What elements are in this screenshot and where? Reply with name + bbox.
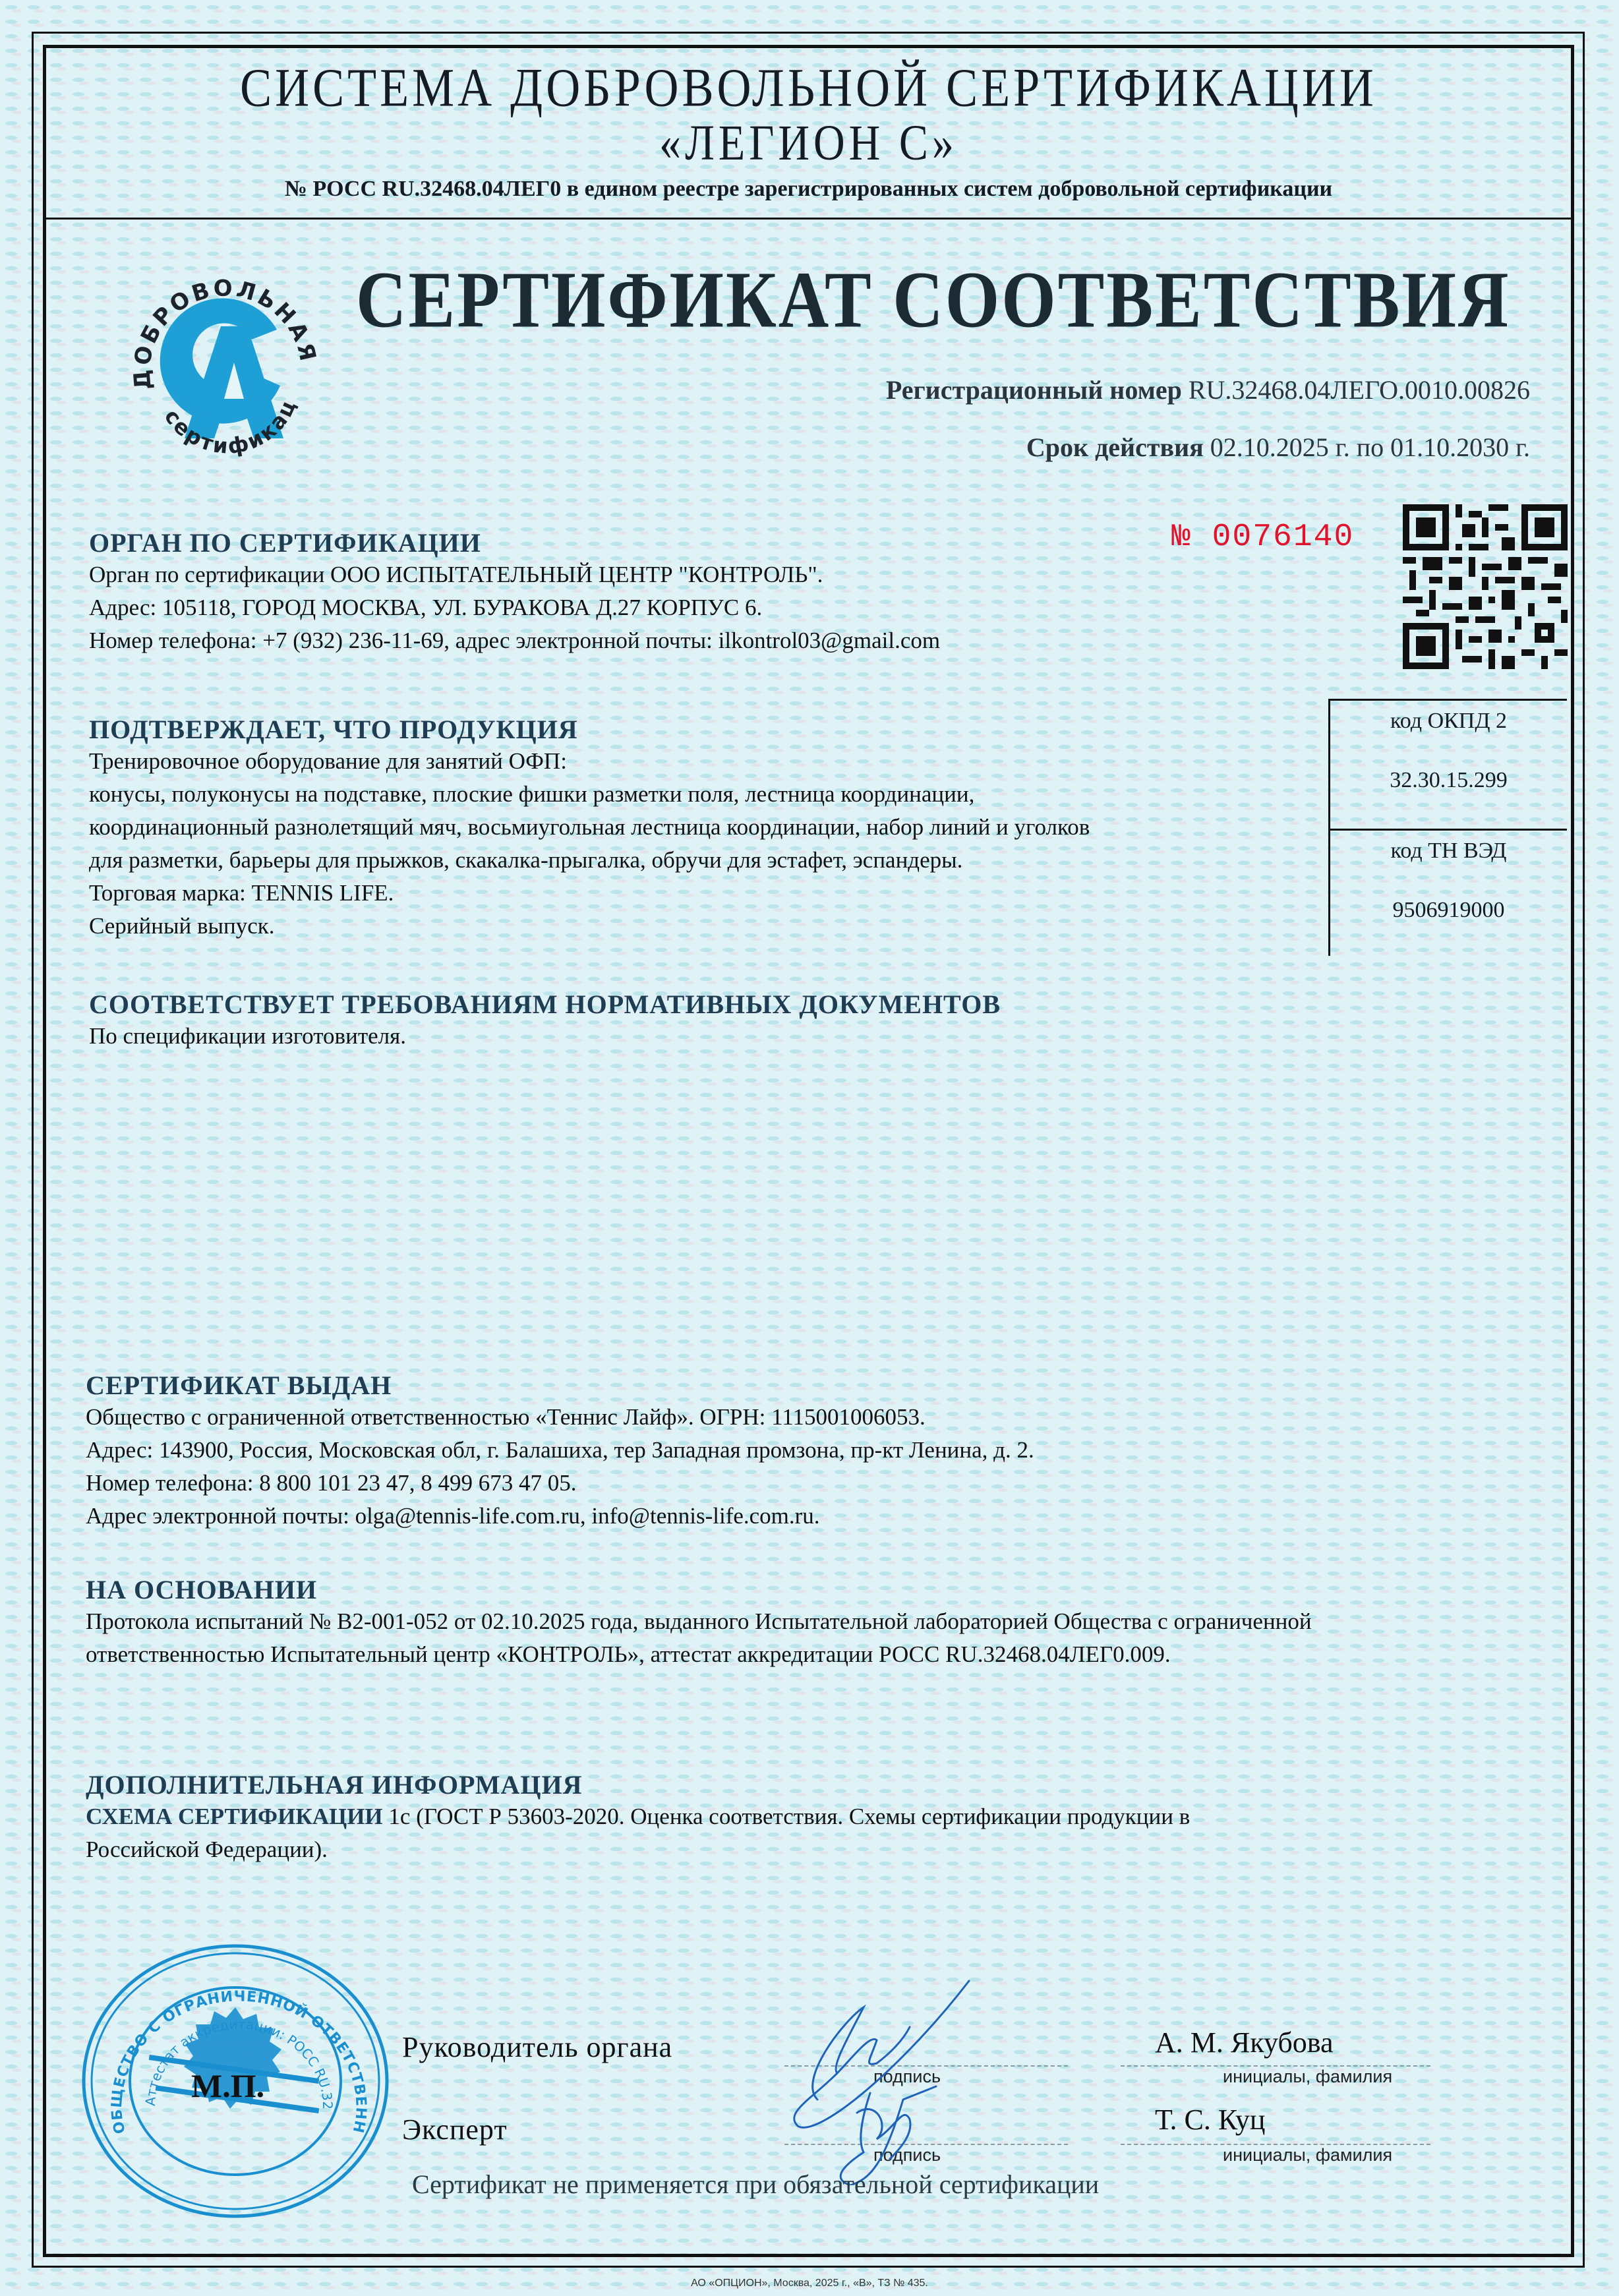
- product-line: для разметки, барьеры для прыжков, скака…: [89, 844, 1328, 877]
- disclaimer-text: Сертификат не применяется при обязательн…: [412, 2169, 1099, 2200]
- section-heading: СЕРТИФИКАТ ВЫДАН: [86, 1370, 1338, 1401]
- tnved-cell: код ТН ВЭД 9506919000: [1330, 829, 1567, 957]
- product-codes-box: код ОКПД 2 32.30.15.299 код ТН ВЭД 95069…: [1328, 699, 1567, 956]
- printer-imprint: АО «ОПЦИОН», Москва, 2025 г., «В», ТЗ № …: [0, 2278, 1619, 2289]
- certificate-title: СЕРТИФИКАТ СООТВЕТСТВИЯ: [356, 254, 1510, 346]
- section-heading: ПОДТВЕРЖДАЕТ, ЧТО ПРОДУКЦИЯ: [89, 714, 1328, 745]
- registration-number: RU.32468.04ЛЕГО.0010.00826: [1189, 375, 1530, 405]
- name-caption: инициалы, фамилия: [1223, 2067, 1392, 2087]
- okpd-cell: код ОКПД 2 32.30.15.299: [1330, 701, 1567, 829]
- stamp-place-label: М.П.: [191, 2067, 264, 2105]
- validity-period: 02.10.2025 г. по 01.10.2030 г.: [1210, 432, 1530, 462]
- validity-line: Срок действия 02.10.2025 г. по 01.10.203…: [1026, 432, 1530, 463]
- norms-section: СООТВЕТСТВУЕТ ТРЕБОВАНИЯМ НОРМАТИВНЫХ ДО…: [89, 989, 1328, 1053]
- organ-address: Адрес: 105118, ГОРОД МОСКВА, УЛ. БУРАКОВ…: [89, 591, 1157, 624]
- applicant-email: Адрес электронной почты: olga@tennis-lif…: [86, 1500, 1338, 1533]
- qr-code-icon[interactable]: [1403, 504, 1568, 669]
- registry-line: № РОСС RU.32468.04ЛЕГ0 в едином реестре …: [43, 177, 1574, 202]
- production-type: Серийный выпуск.: [89, 910, 1328, 943]
- tnved-label: код ТН ВЭД: [1330, 831, 1567, 864]
- scheme-label: СХЕМА СЕРТИФИКАЦИИ: [86, 1804, 383, 1829]
- basis-line: ответственностью Испытательный центр «КО…: [86, 1638, 1549, 1671]
- scheme-text: 1с (ГОСТ Р 53603-2020. Оценка соответств…: [383, 1804, 1191, 1829]
- certification-body-section: ОРГАН ПО СЕРТИФИКАЦИИ Орган по сертифика…: [89, 527, 1157, 657]
- name-caption: инициалы, фамилия: [1223, 2145, 1392, 2165]
- product-line: координационный разнолетящий мяч, восьми…: [89, 811, 1328, 844]
- registration-number-line: Регистрационный номер RU.32468.04ЛЕГО.00…: [886, 374, 1530, 405]
- head-role-label: Руководитель органа: [402, 2030, 672, 2064]
- applicant-address: Адрес: 143900, Россия, Московская обл, г…: [86, 1434, 1338, 1467]
- voluntary-certification-logo-icon: ДОБРОВОЛЬНАЯ сертификация: [112, 247, 336, 471]
- expert-role-label: Эксперт: [402, 2113, 508, 2146]
- system-title: СИСТЕМА ДОБРОВОЛЬНОЙ СЕРТИФИКАЦИИ: [43, 57, 1574, 119]
- head-name: А. М. Якубова: [1155, 2026, 1334, 2059]
- handwritten-signatures-icon: [771, 1968, 1009, 2185]
- issued-to-section: СЕРТИФИКАТ ВЫДАН Общество с ограниченной…: [86, 1370, 1338, 1533]
- section-heading: ОРГАН ПО СЕРТИФИКАЦИИ: [89, 527, 1157, 558]
- scheme-line: СХЕМА СЕРТИФИКАЦИИ 1с (ГОСТ Р 53603-2020…: [86, 1800, 1503, 1833]
- registration-label: Регистрационный номер: [886, 375, 1182, 405]
- section-heading: СООТВЕТСТВУЕТ ТРЕБОВАНИЯМ НОРМАТИВНЫХ ДО…: [89, 989, 1328, 1020]
- scheme-line-cont: Российской Федерации).: [86, 1833, 1503, 1866]
- product-section: ПОДТВЕРЖДАЕТ, ЧТО ПРОДУКЦИЯ Тренировочно…: [89, 714, 1328, 943]
- applicant-phone: Номер телефона: 8 800 101 23 47, 8 499 6…: [86, 1467, 1338, 1500]
- norms-text: По спецификации изготовителя.: [89, 1020, 1328, 1053]
- section-heading: ДОПОЛНИТЕЛЬНАЯ ИНФОРМАЦИЯ: [86, 1769, 1503, 1800]
- trademark-line: Торговая марка: TENNIS LIFE.: [89, 877, 1328, 910]
- additional-info-section: ДОПОЛНИТЕЛЬНАЯ ИНФОРМАЦИЯ СХЕМА СЕРТИФИК…: [86, 1769, 1503, 1866]
- okpd-value: 32.30.15.299: [1330, 734, 1567, 793]
- organ-contacts: Номер телефона: +7 (932) 236-11-69, адре…: [89, 624, 1157, 657]
- applicant-name: Общество с ограниченной ответственностью…: [86, 1401, 1338, 1434]
- expert-name: Т. С. Куц: [1155, 2103, 1265, 2136]
- validity-label: Срок действия: [1026, 432, 1204, 462]
- organ-name: Орган по сертификации ООО ИСПЫТАТЕЛЬНЫЙ …: [89, 558, 1157, 591]
- section-heading: НА ОСНОВАНИИ: [86, 1574, 1549, 1605]
- product-line: Тренировочное оборудование для занятий О…: [89, 745, 1328, 778]
- okpd-label: код ОКПД 2: [1330, 701, 1567, 734]
- product-line: конусы, полуконусы на подставке, плоские…: [89, 778, 1328, 811]
- tnved-value: 9506919000: [1330, 864, 1567, 923]
- system-name: «ЛЕГИОН С»: [43, 115, 1574, 172]
- header-divider: [43, 218, 1574, 220]
- blank-serial-number: № 0076140: [1171, 519, 1354, 555]
- basis-line: Протокола испытаний № В2-001-052 от 02.1…: [86, 1605, 1549, 1638]
- basis-section: НА ОСНОВАНИИ Протокола испытаний № В2-00…: [86, 1574, 1549, 1671]
